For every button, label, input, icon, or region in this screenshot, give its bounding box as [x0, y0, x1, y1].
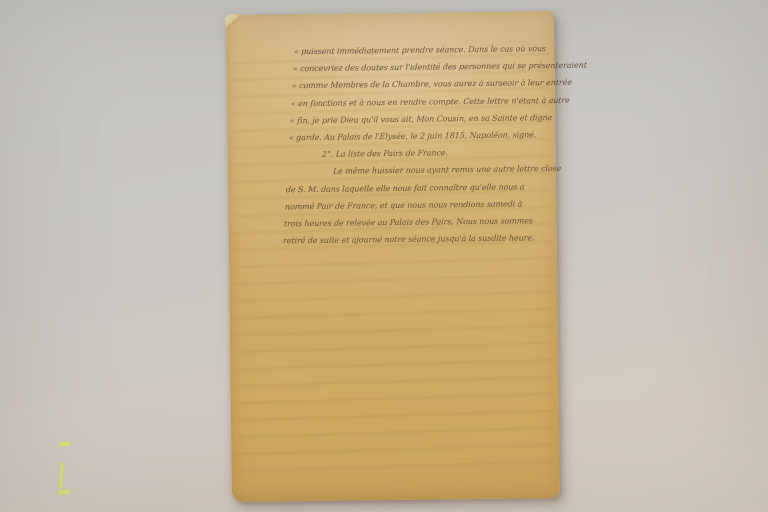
yellow-mark-corner-horizontal	[58, 489, 71, 493]
photograph: « puissent immédiatement prendre séance.…	[0, 0, 768, 512]
yellow-mark-corner	[56, 463, 74, 493]
manuscript-line-6: « garde. Au Palais de l'Élysée, le 2 jui…	[288, 126, 547, 146]
handwritten-text: « puissent immédiatement prendre séance.…	[282, 40, 552, 250]
manuscript-page: « puissent immédiatement prendre séance.…	[226, 11, 560, 502]
manuscript-line-12: retiré de suite et ajourné notre séance …	[282, 229, 541, 249]
yellow-mark-corner-vertical	[59, 463, 64, 488]
paper-corner-fold	[225, 14, 241, 28]
yellow-mark-dash	[59, 441, 71, 446]
